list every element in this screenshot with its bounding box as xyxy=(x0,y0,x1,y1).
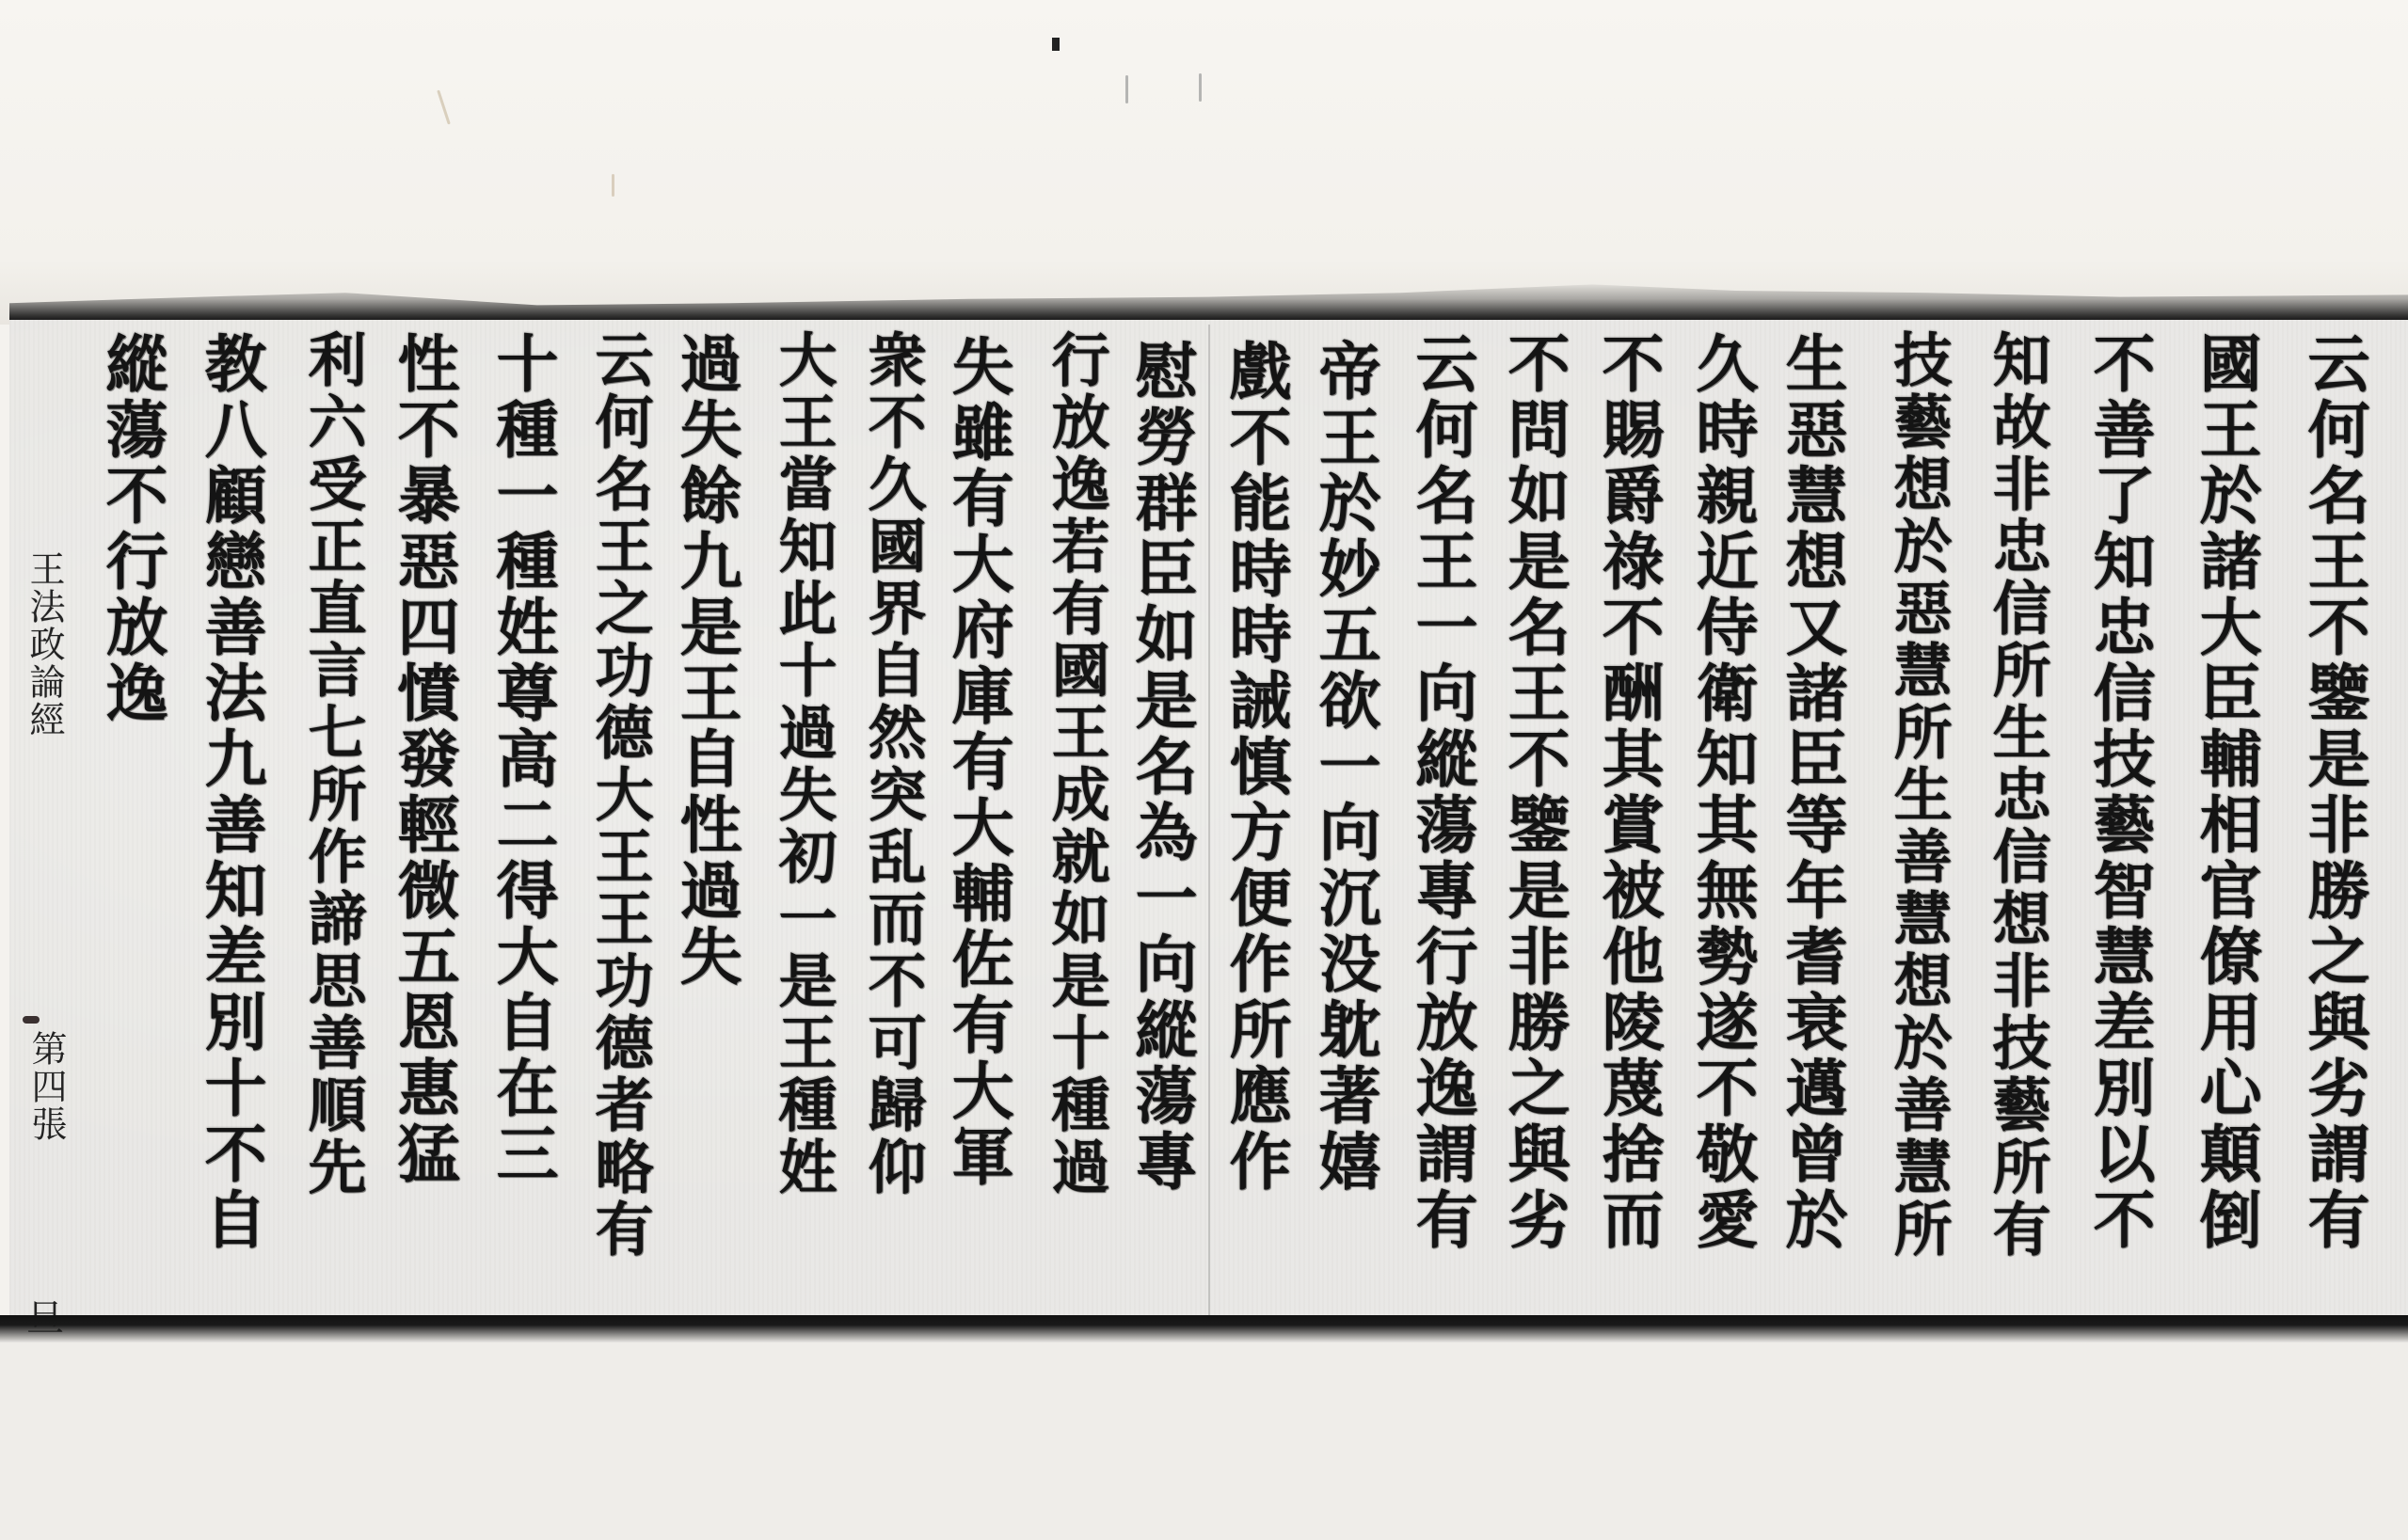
paper-fiber xyxy=(1199,73,1202,102)
page-number-label: 第四張 xyxy=(21,1030,72,1143)
text-column: 不善了知忠信技藝智慧差別以不 xyxy=(2081,331,2157,1253)
bottom-border-line xyxy=(0,1315,2408,1343)
text-column: 縱蕩不行放逸 xyxy=(94,331,169,726)
text-column: 十種一種姓尊高二得大自在三 xyxy=(485,331,560,1187)
text-column: 國王於諸大臣輔相官僚用心顛倒 xyxy=(2188,331,2263,1253)
text-column: 大王當知此十過失初一是王種姓 xyxy=(762,329,837,1199)
text-column: 教八顧戀善法九善知差別十不自 xyxy=(193,331,268,1253)
page-marker-dot xyxy=(23,1016,40,1024)
sutra-title-margin: 王法政論經 xyxy=(19,550,71,738)
text-column: 不賜爵祿不酬其賞被他陵蔑捨而 xyxy=(1590,331,1666,1253)
text-column: 過失餘九是王自性過失 xyxy=(668,331,743,990)
text-column: 云何名王不鑒是非勝之與劣謂有 xyxy=(2296,331,2371,1253)
text-column: 行放逸若有國王成就如是十種過 xyxy=(1035,329,1110,1199)
text-column: 戲不能時時誡慎方便作所應作 xyxy=(1219,339,1294,1195)
text-column: 云何名王之功德大王王功德者略有 xyxy=(579,329,654,1261)
text-column: 慰勞群臣如是名為一向縱蕩專 xyxy=(1124,339,1200,1195)
paper-fiber xyxy=(1125,75,1128,103)
lower-blank-paper xyxy=(0,1343,2408,1540)
text-column: 衆不久國界自然突乱而不可歸仰 xyxy=(852,329,927,1199)
text-column: 利六受正直言七所作諦思善順先 xyxy=(292,329,367,1199)
text-column: 技藝想於惡慧所生善慧想於善慧所 xyxy=(1877,329,1953,1261)
paper-fiber xyxy=(612,174,614,197)
text-column: 云何名王一向縱蕩專行放逸謂有 xyxy=(1404,331,1479,1253)
text-column: 生惡慧想又諸臣等年耆衰邁曾於 xyxy=(1774,331,1849,1253)
text-column: 帝王於妙五欲一向沉没躭著嬉 xyxy=(1308,339,1383,1195)
block-seam xyxy=(1208,325,1210,1317)
ink-speck xyxy=(1052,38,1060,51)
text-column: 失雖有大府庫有大輔佐有大軍 xyxy=(941,334,1016,1190)
text-column: 性不暴惡四憤發輕微五恩惠猛 xyxy=(386,331,461,1187)
text-column: 久時親近侍衛知其無勢遂不敬愛 xyxy=(1684,331,1760,1253)
text-column: 知故非忠信所生忠信想非技藝所有 xyxy=(1976,329,2051,1261)
upper-blank-paper xyxy=(0,0,2408,325)
paper-fiber xyxy=(437,89,451,124)
text-column: 不問如是名王不鑒是非勝之與劣 xyxy=(1496,331,1571,1253)
